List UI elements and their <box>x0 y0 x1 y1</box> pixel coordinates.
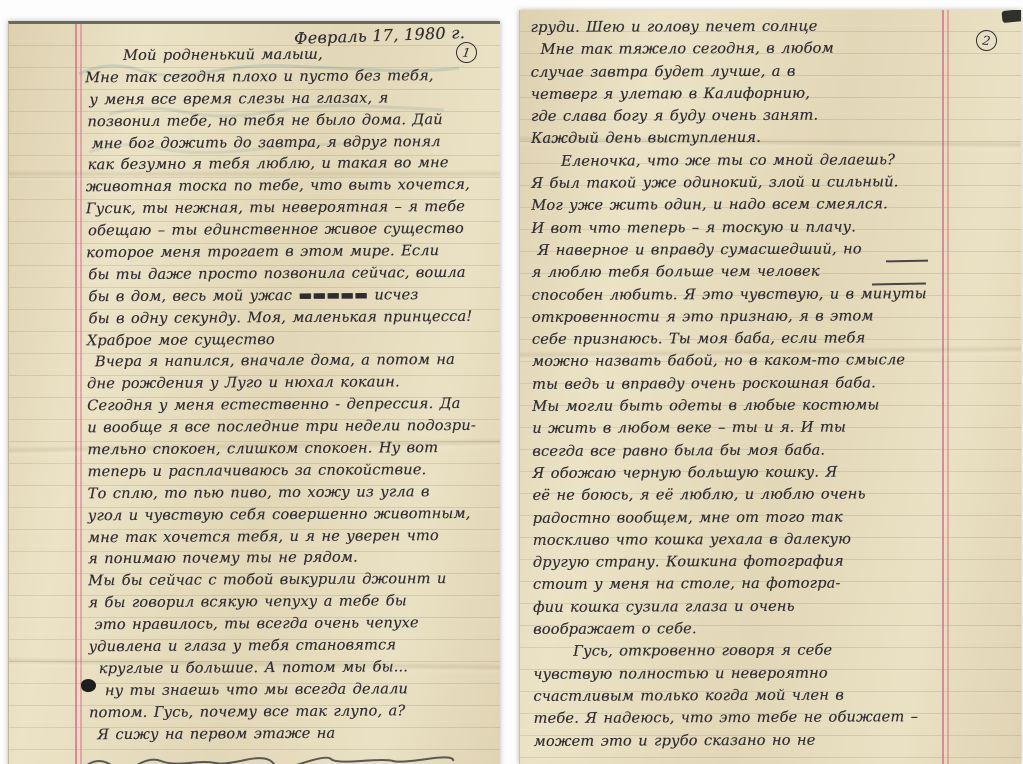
letter-line: дне рождения у Луго и нюхал кокаин. <box>87 371 497 395</box>
letter-line: Я сижу на первом этаже на <box>97 721 499 745</box>
letter-line: Гусик, ты нежная, ты невероятная – я теб… <box>86 196 496 220</box>
letter-line: четверг я улетаю в Калифорнию, <box>531 82 951 106</box>
letter-line: Мы могли быть одеты в любые костюмы <box>532 394 952 418</box>
letter-line: Я наверное и вправду сумасшедший, но <box>537 238 951 262</box>
letter-line: это нравилось, ты всегда очень чепухе <box>94 612 498 636</box>
letter-line: бы ты даже просто позвонила сейчас, вошл… <box>88 262 496 286</box>
letter-line: Вчера я напился, вначале дома, а потом н… <box>95 349 497 373</box>
letter-body-page-2: груди. Шею и голову печет солнцеМне так … <box>530 15 953 753</box>
letter-line: груди. Шею и голову печет солнце <box>530 15 950 39</box>
letter-line: бы в дом, весь мой ужас ▬▬▬▬▬ исчез <box>88 284 496 308</box>
letter-line: Я был такой уже одинокий, злой и сильный… <box>531 171 951 195</box>
cut-off-line-tops <box>87 755 487 764</box>
letter-line: Каждый день выступления. <box>531 127 951 151</box>
letter-line: где слава богу я буду очень занят. <box>531 104 951 128</box>
letter-line: воображает о себе. <box>533 617 953 641</box>
letter-line: Мне так сегодня плохо и пусто без тебя, <box>85 65 495 89</box>
letter-line: Сегодня у меня естественно - депрессия. … <box>87 393 497 417</box>
letter-body-page-1: Мой родненький малыш,Мне так сегодня пло… <box>85 43 499 746</box>
letter-line: способен любить. Я это чувствую, и в мин… <box>532 283 952 307</box>
letter-line: теперь и расплачиваюсь за спокойствие. <box>87 459 497 483</box>
letter-line: Мог уже жить один, и надо всем смеялся. <box>531 193 951 217</box>
letter-line: и вообще я все последние три недели подо… <box>87 415 497 439</box>
letter-line: фии кошка сузила глаза и очень <box>533 595 953 619</box>
letter-line: и жить в любом веке – ты и я. И ты <box>532 416 952 440</box>
letter-line: стоит у меня на столе, на фотогра- <box>533 573 953 597</box>
letter-line: Я обожаю черную большую кошку. Я <box>532 461 952 485</box>
letter-line: я понимаю почему ты не рядом. <box>88 546 498 570</box>
letter-line: обещаю – ты единственное живое существо <box>88 218 496 242</box>
letter-page-2: 2 груди. Шею и голову печет солнцеМне та… <box>519 10 1021 764</box>
letter-line: Мне так тяжело сегодня, в любом <box>540 37 950 61</box>
letter-line: мне так хочется тебя, и я не уверен что <box>88 524 498 548</box>
letter-line: тебе. Я надеюсь, что это тебе не обижает… <box>533 706 953 730</box>
scanner-edge-mark <box>1001 10 1021 23</box>
letter-line: круглые и большие. А потом мы бы... <box>99 656 499 680</box>
letter-line: всегда все равно была бы моя баба. <box>532 439 952 463</box>
letter-line: ты ведь и вправду очень роскошная баба. <box>532 372 952 396</box>
letter-line: потом. Гусь, почему все так глупо, а? <box>89 699 499 723</box>
letter-line: То сплю, то пью пиво, то хожу из угла в <box>88 481 498 505</box>
letter-line: мне бог дожить до завтра, я вдруг понял <box>91 130 495 154</box>
letter-page-1: Февраль 17, 1980 г. 1 Мой родненький мал… <box>8 21 500 764</box>
letter-line: может это и грубо сказано но не <box>534 729 954 753</box>
letter-line: Храброе мое существо <box>87 327 497 351</box>
letter-line: радостно вообщем, мне от того так <box>533 506 953 530</box>
letter-line: её не боюсь, я её люблю, и люблю очень <box>532 483 952 507</box>
letter-line: откровенности я это признаю, я в этом <box>532 305 952 329</box>
margin-line <box>75 24 77 764</box>
page-number-badge: 2 <box>975 29 999 53</box>
letter-line: тоскливо что кошка уехала в далекую <box>533 528 953 552</box>
letter-line: счастливым только когда мой член в <box>533 684 953 708</box>
letter-line: Мы бы сейчас с тобой выкурили джоинт и <box>88 568 498 592</box>
scanned-letter-canvas: Февраль 17, 1980 г. 1 Мой родненький мал… <box>0 0 1023 764</box>
letter-line: И вот что теперь – я тоскую и плачу. <box>531 216 951 240</box>
letter-line: которое меня трогает в этом мире. Если <box>86 240 496 264</box>
letter-line: другую страну. Кошкина фотография <box>533 550 953 574</box>
letter-line: ну ты знаешь что мы всегда делали <box>105 678 499 702</box>
letter-line: позвонил тебе, но тебя не было дома. Дай <box>87 108 495 132</box>
letter-line: животная тоска по тебе, что выть хочется… <box>86 174 496 198</box>
letter-line: Мой родненький малыш, <box>123 43 495 67</box>
letter-line: я бы говорил всякую чепуху а тебе бы <box>88 590 498 614</box>
letter-line: тельно спокоен, слишком спокоен. Ну вот <box>87 437 497 461</box>
letter-line: у меня все время слезы на глазах, я <box>89 87 495 111</box>
letter-line: случае завтра будет лучше, а в <box>531 60 951 84</box>
letter-line: я люблю тебя больше чем человек <box>531 260 951 284</box>
letter-line: удивлена и глаза у тебя становятся <box>88 634 498 658</box>
letter-line: бы в одну секунду. Моя, маленькая принце… <box>88 305 496 329</box>
letter-line: как безумно я тебя люблю, и такая во мне <box>88 152 496 176</box>
letter-line: себе признаюсь. Ты моя баба, если тебя <box>532 327 952 351</box>
letter-line: Еленочка, что же ты со мной делаешь? <box>561 149 951 173</box>
letter-line: Гусь, откровенно говоря я себе <box>573 639 953 663</box>
letter-line: можно назвать бабой, но в каком-то смысл… <box>532 350 952 374</box>
margin-line <box>80 24 82 764</box>
letter-line: угол и чувствую себя совершенно животным… <box>88 502 498 526</box>
letter-line: чувствую полностью и невероятно <box>533 662 953 686</box>
